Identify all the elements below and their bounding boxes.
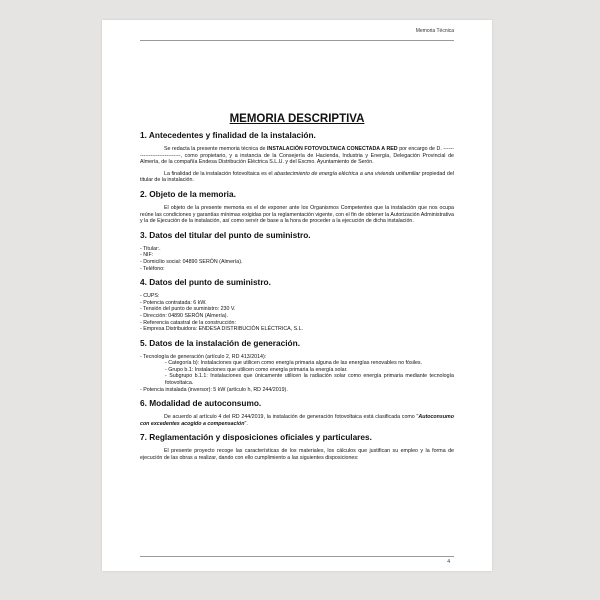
list-item: - Potencia contratada: 6 kW. [140,300,454,307]
section-6-heading: 6. Modalidad de autoconsumo. [140,398,454,409]
section-2-heading: 2. Objeto de la memoria. [140,189,454,200]
header-text: Memoria Técnica [416,28,454,34]
section-4-heading: 4. Datos del punto de suministro. [140,277,454,288]
page-content: MEMORIA DESCRIPTIVA 1. Antecedentes y fi… [140,112,454,467]
section-7-heading: 7. Reglamentación y disposiciones oficia… [140,432,454,443]
page-number: 4 [447,559,450,565]
page-header: Memoria Técnica [140,28,454,41]
list-item: - Empresa Distribuidora: ENDESA DISTRIBU… [140,326,454,333]
section-3-heading: 3. Datos del titular del punto de sumini… [140,230,454,241]
supply-point-list: - CUPS: - Potencia contratada: 6 kW. - T… [140,293,454,333]
section-7-paragraph: El presente proyecto recoge las caracter… [140,448,454,461]
section-6-paragraph: De acuerdo al artículo 4 del RD 244/2019… [140,414,454,427]
list-subitem: - Categoría b): Instalaciones que utilic… [140,360,454,367]
list-item: - Potencia instalada (inversor): 5 kW (a… [140,387,454,394]
list-item: - NIF: [140,252,454,259]
section-1-paragraph-1: Se redacta la presente memoria técnica d… [140,146,454,166]
section-1-paragraph-2: La finalidad de la instalación fotovolta… [140,171,454,184]
list-item: - Domicilio social: 04890 SERÓN (Almería… [140,259,454,266]
list-item: - Teléfono: [140,266,454,273]
titular-data-list: - Titular:. - NIF: - Domicilio social: 0… [140,246,454,272]
list-subitem: - Subgrupo b.1.1: Instalaciones que únic… [140,373,454,386]
document-page: Memoria Técnica MEMORIA DESCRIPTIVA 1. A… [102,20,492,571]
section-1-heading: 1. Antecedentes y finalidad de la instal… [140,130,454,141]
list-item: - Tensión del punto de suministro: 230 V… [140,306,454,313]
list-item: - Tecnología de generación (artículo 2, … [140,354,454,361]
list-item: - Dirección: 04890 SERÓN (Almería). [140,313,454,320]
generation-data-list: - Tecnología de generación (artículo 2, … [140,354,454,394]
section-5-heading: 5. Datos de la instalación de generación… [140,338,454,349]
list-subitem: - Grupo b.1: Instalaciones que utilicen … [140,367,454,374]
section-2-paragraph: El objeto de la presente memoria es el d… [140,205,454,225]
list-item: - Titular:. [140,246,454,253]
page-footer: 4 [140,556,454,557]
document-title: MEMORIA DESCRIPTIVA [140,112,454,126]
list-item: - CUPS: [140,293,454,300]
